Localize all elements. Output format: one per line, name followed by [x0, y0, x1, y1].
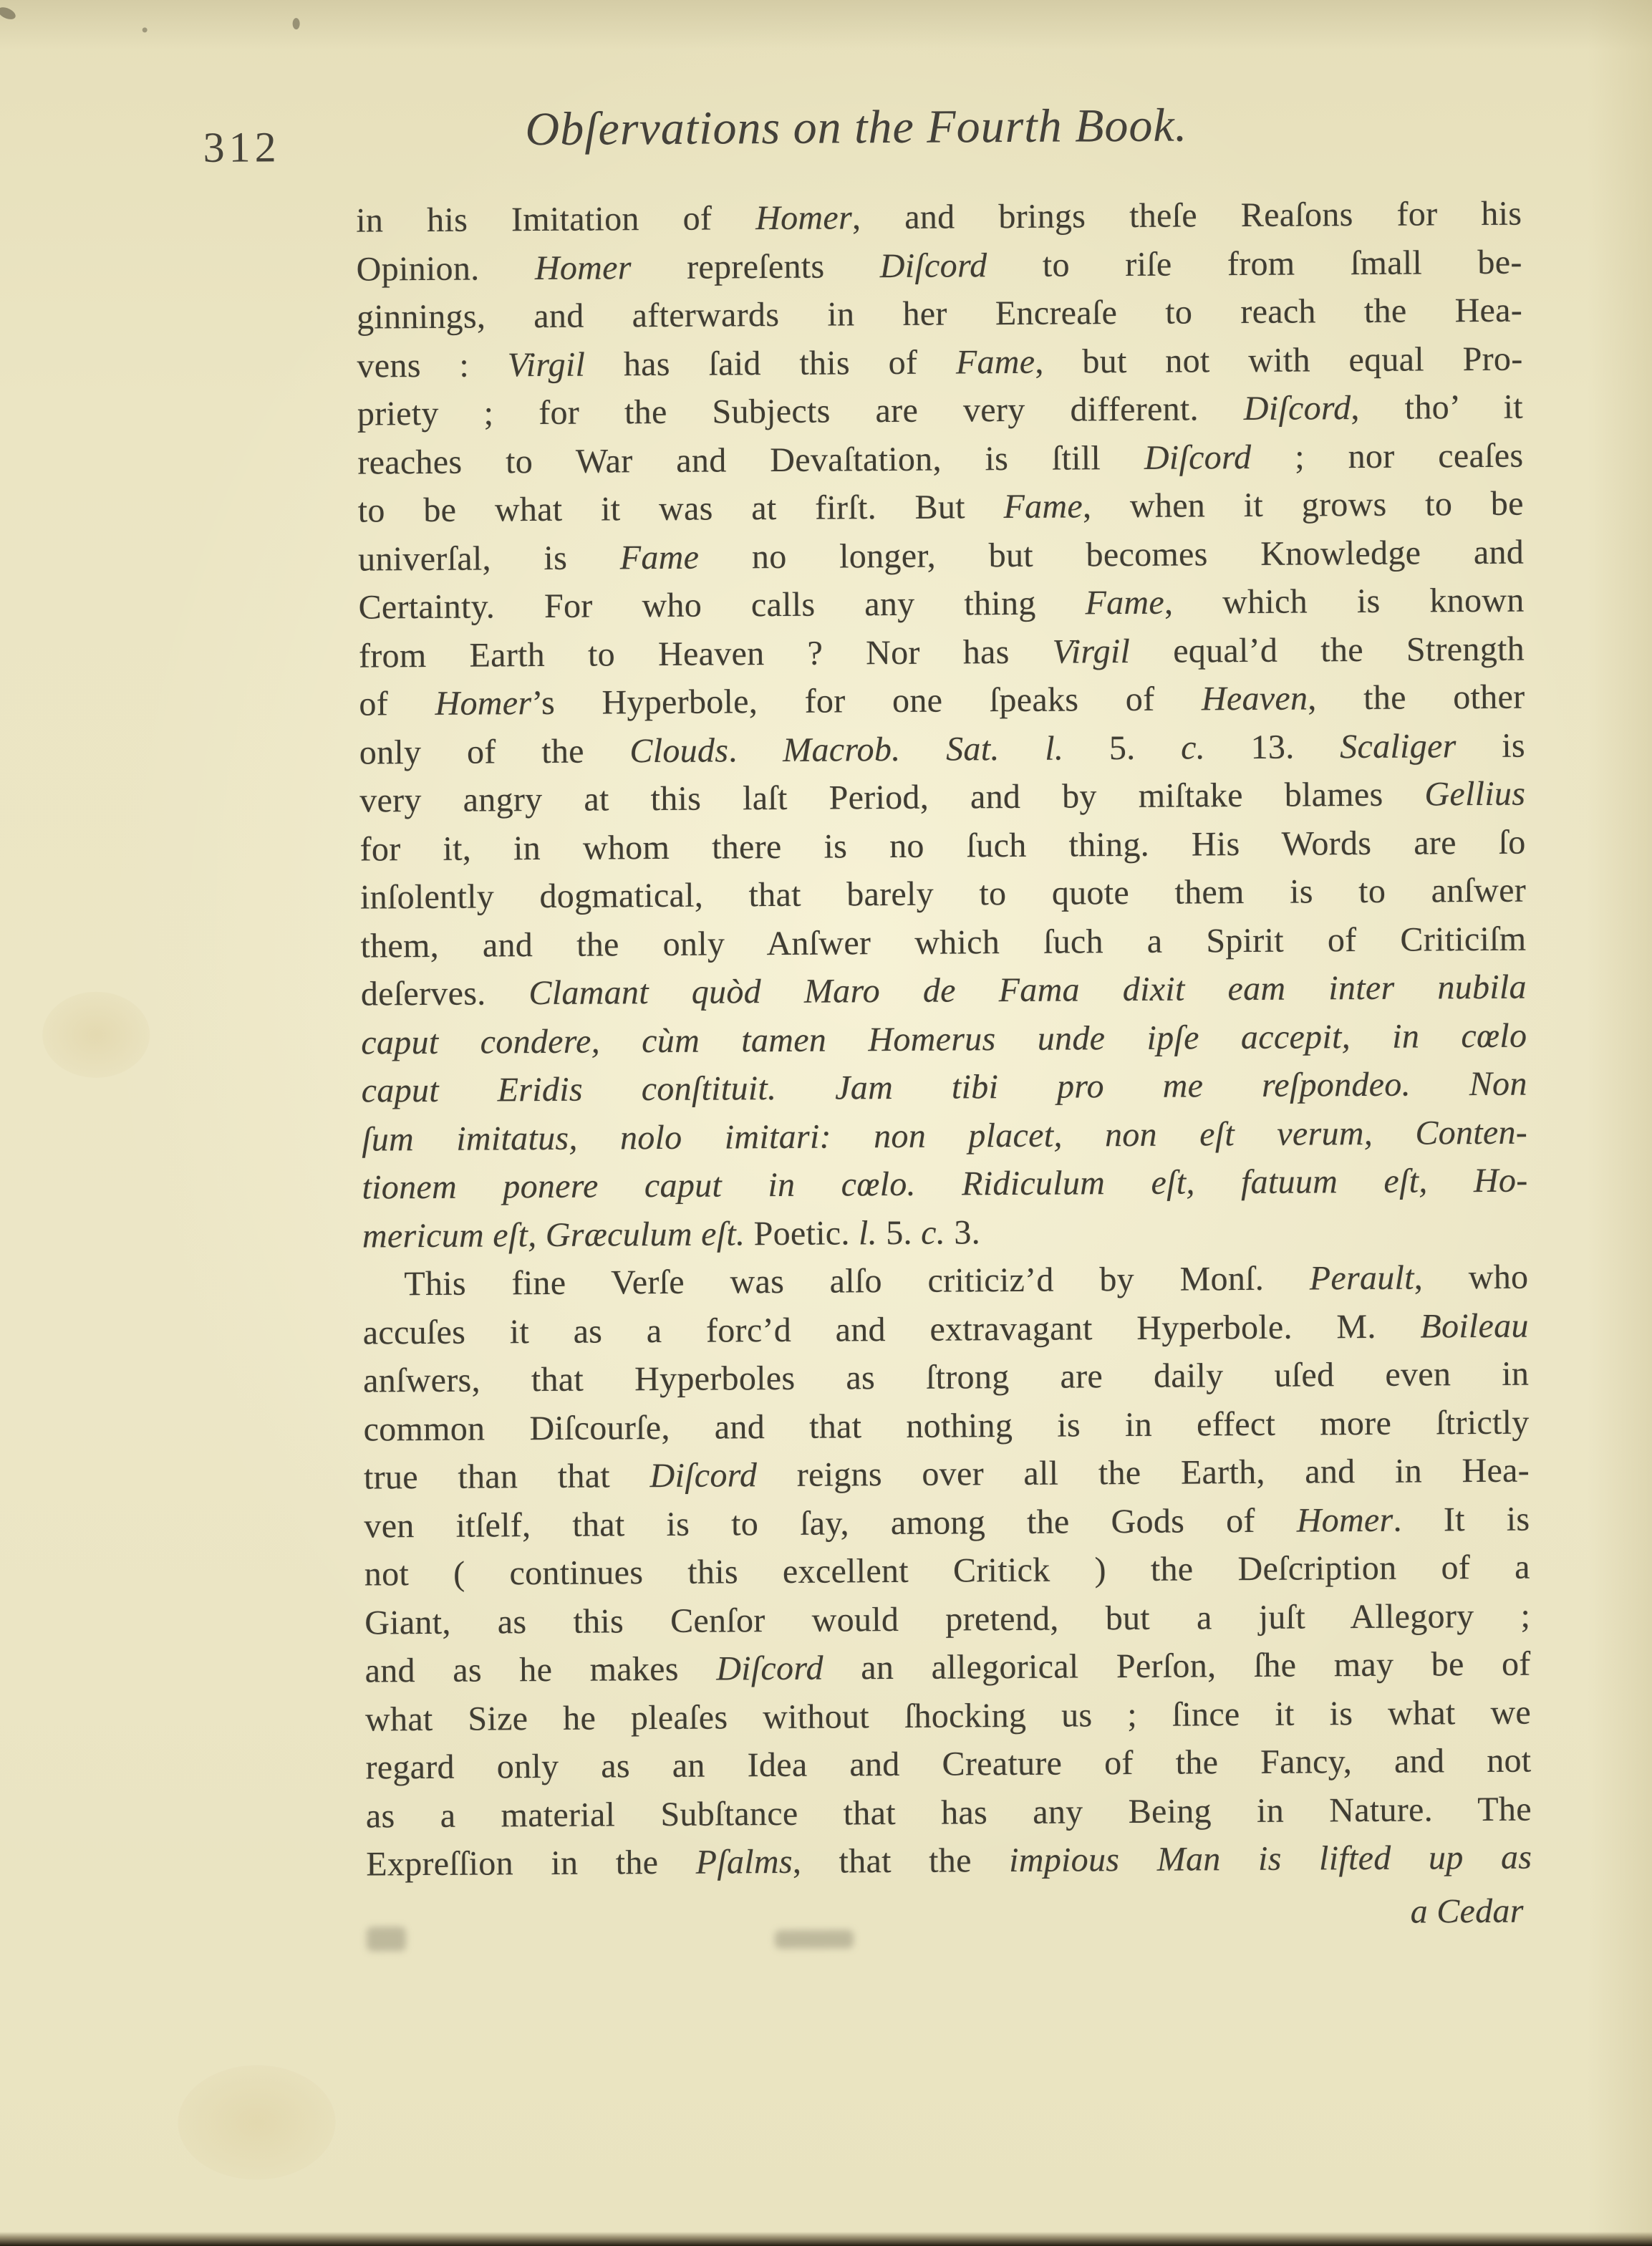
text-line: and as he makes Diſcord an allegorical P…: [364, 1640, 1530, 1695]
text-line: This fine Verſe was alſo criticiz’d by M…: [362, 1253, 1528, 1308]
paper-stain: [42, 991, 150, 1078]
text-line: deſerves. Clamant quòd Maro de Fama dixi…: [361, 963, 1527, 1018]
text-line: univerſal, is Fame no longer, but become…: [358, 528, 1524, 583]
text-line: regard only as an Idea and Creature of t…: [365, 1737, 1531, 1792]
text-line: Certainty. For who calls any thing Fame,…: [358, 577, 1524, 632]
text-line: in his Imitation of Homer, and brings th…: [356, 190, 1522, 245]
text-line: not ( continues this excellent Critick )…: [364, 1543, 1530, 1599]
text-line: them, and the only Anſwer which ſuch a S…: [360, 915, 1526, 970]
text-line: to be what it was at firſt. But Fame, wh…: [358, 480, 1524, 535]
text-line: accuſes it as a forc’d and extravagant H…: [363, 1301, 1529, 1356]
ink-smudge: [775, 1929, 854, 1949]
scan-edge-bottom: [0, 2232, 1652, 2246]
text-line: anſwers, that Hyperboles as ſtrong are d…: [363, 1350, 1529, 1405]
text-line: mericum eſt, Græculum eſt. Poetic. l. 5.…: [362, 1205, 1528, 1260]
text-line: true than that Diſcord reigns over all t…: [364, 1447, 1530, 1502]
text-line: common Diſcourſe, and that nothing is in…: [363, 1398, 1529, 1453]
ink-speck: [143, 27, 148, 32]
ink-speck: [0, 5, 17, 22]
book-page-scan: 312 Obſervations on the Fourth Book. in …: [0, 0, 1652, 2246]
text-line: ginnings, and afterwards in her Encreaſe…: [357, 286, 1522, 342]
text-line: caput condere, cùm tamen Homerus unde ip…: [361, 1011, 1527, 1066]
page-number: 312: [203, 122, 280, 173]
catchword-row: a Cedar: [367, 1884, 1532, 1942]
text-line: as a material Subſtance that has any Bei…: [366, 1785, 1532, 1840]
text-line: tionem ponere caput in cœlo. Ridiculum e…: [362, 1157, 1527, 1212]
text-line: Expreſſion in the Pſalms, that the impio…: [366, 1833, 1532, 1889]
page-body: in his Imitation of Homer, and brings th…: [356, 190, 1532, 1889]
ink-smudge: [367, 1927, 406, 1951]
text-line: priety ; for the Subjects are very diffe…: [357, 383, 1523, 438]
text-line: from Earth to Heaven ? Nor has Virgil eq…: [359, 625, 1525, 680]
text-line: only of the Clouds. Macrob. Sat. l. 5. c…: [359, 721, 1525, 776]
catchword: a Cedar: [367, 1887, 1532, 1942]
text-line: ven itſelf, that is to ſay, among the Go…: [364, 1495, 1530, 1550]
text-line: what Size he pleaſes without ſhocking us…: [365, 1688, 1531, 1743]
text-line: very angry at this laſt Period, and by m…: [359, 770, 1525, 825]
text-line: Opinion. Homer repreſents Diſcord to riſ…: [357, 238, 1522, 293]
text-line: reaches to War and Devaſtation, is ſtill…: [357, 431, 1523, 486]
text-line: ſum imitatus, nolo imitari: non placet, …: [362, 1108, 1527, 1163]
running-header: Obſervations on the Fourth Book.: [525, 98, 1187, 157]
paper-stain: [178, 2065, 336, 2180]
text-line: Giant, as this Cenſor would pretend, but…: [364, 1591, 1530, 1647]
text-line: for it, in whom there is no ſuch thing. …: [359, 818, 1525, 873]
text-line: vens : Virgil has ſaid this of Fame, but…: [357, 334, 1522, 390]
text-line: of Homer’s Hyperbole, for one ſpeaks of …: [359, 673, 1525, 728]
text-line: caput Eridis conſtituit. Jam tibi pro me…: [362, 1060, 1527, 1115]
ink-speck: [293, 18, 300, 29]
text-line: inſolently dogmatical, that barely to qu…: [360, 867, 1526, 922]
